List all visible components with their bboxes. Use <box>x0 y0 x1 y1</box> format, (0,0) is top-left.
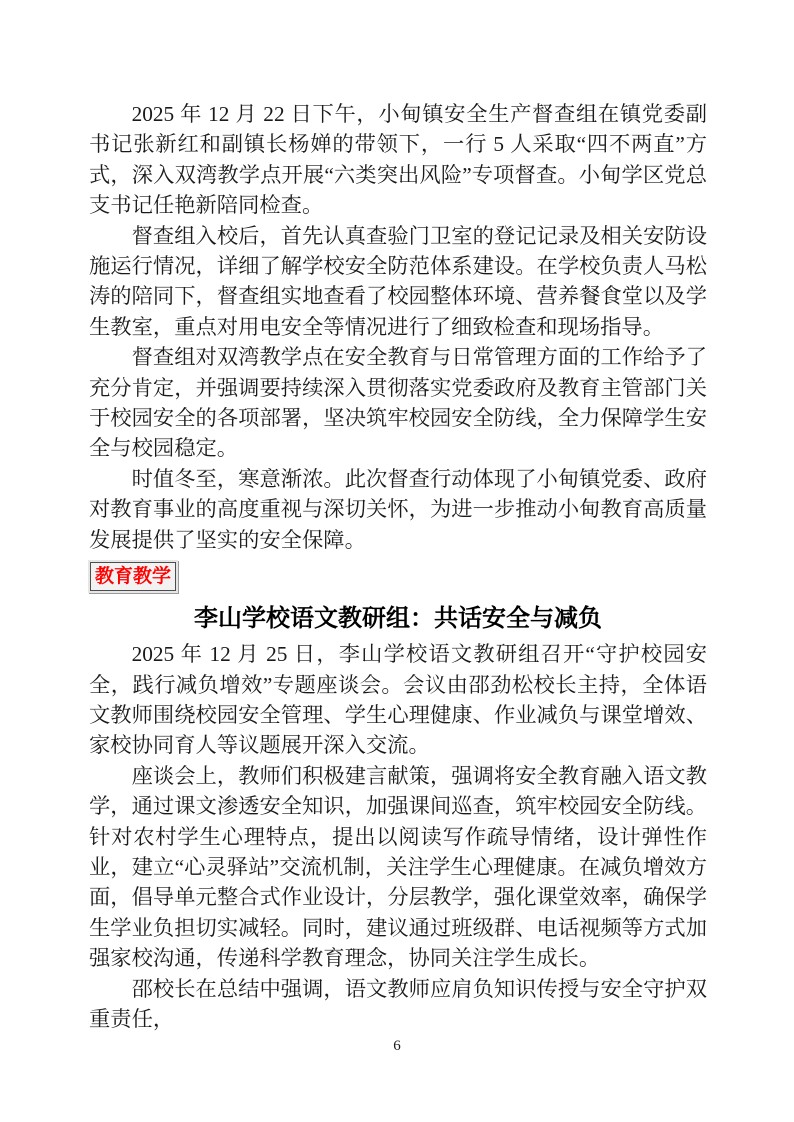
teaching-paragraph-3: 邵校长在总结中强调，语文教师应肩负知识传授与安全守护双重责任， <box>89 974 707 1035</box>
document-page: 2025 年 12 月 22 日下午，小甸镇安全生产督查组在镇党委副书记张新红和… <box>0 0 794 1122</box>
page-number: 6 <box>393 1038 401 1054</box>
inspection-paragraph-2: 督查组入校后，首先认真查验门卫室的登记记录及相关安防设施运行情况，详细了解学校安… <box>89 221 707 343</box>
inspection-paragraph-1: 2025 年 12 月 22 日下午，小甸镇安全生产督查组在镇党委副书记张新红和… <box>89 99 707 221</box>
page-body: 2025 年 12 月 22 日下午，小甸镇安全生产督查组在镇党委副书记张新红和… <box>89 99 707 1034</box>
teaching-paragraph-2: 座谈会上，教师们积极建言献策，强调将安全教育融入语文教学，通过课文渗透安全知识，… <box>89 761 707 974</box>
page-footer: 6 <box>0 1038 794 1055</box>
article-title: 李山学校语文教研组：共话安全与减负 <box>89 601 707 637</box>
teaching-paragraph-1: 2025 年 12 月 25 日，李山学校语文教研组召开“守护校园安全，践行减负… <box>89 639 707 761</box>
inspection-paragraph-3: 督查组对双湾教学点在安全教育与日常管理方面的工作给予了充分肯定，并强调要持续深入… <box>89 342 707 464</box>
section-label-row: 教育教学 <box>89 562 707 596</box>
inspection-paragraph-4: 时值冬至，寒意渐浓。此次督查行动体现了小甸镇党委、政府对教育事业的高度重视与深切… <box>89 464 707 555</box>
section-category-badge: 教育教学 <box>90 562 176 591</box>
